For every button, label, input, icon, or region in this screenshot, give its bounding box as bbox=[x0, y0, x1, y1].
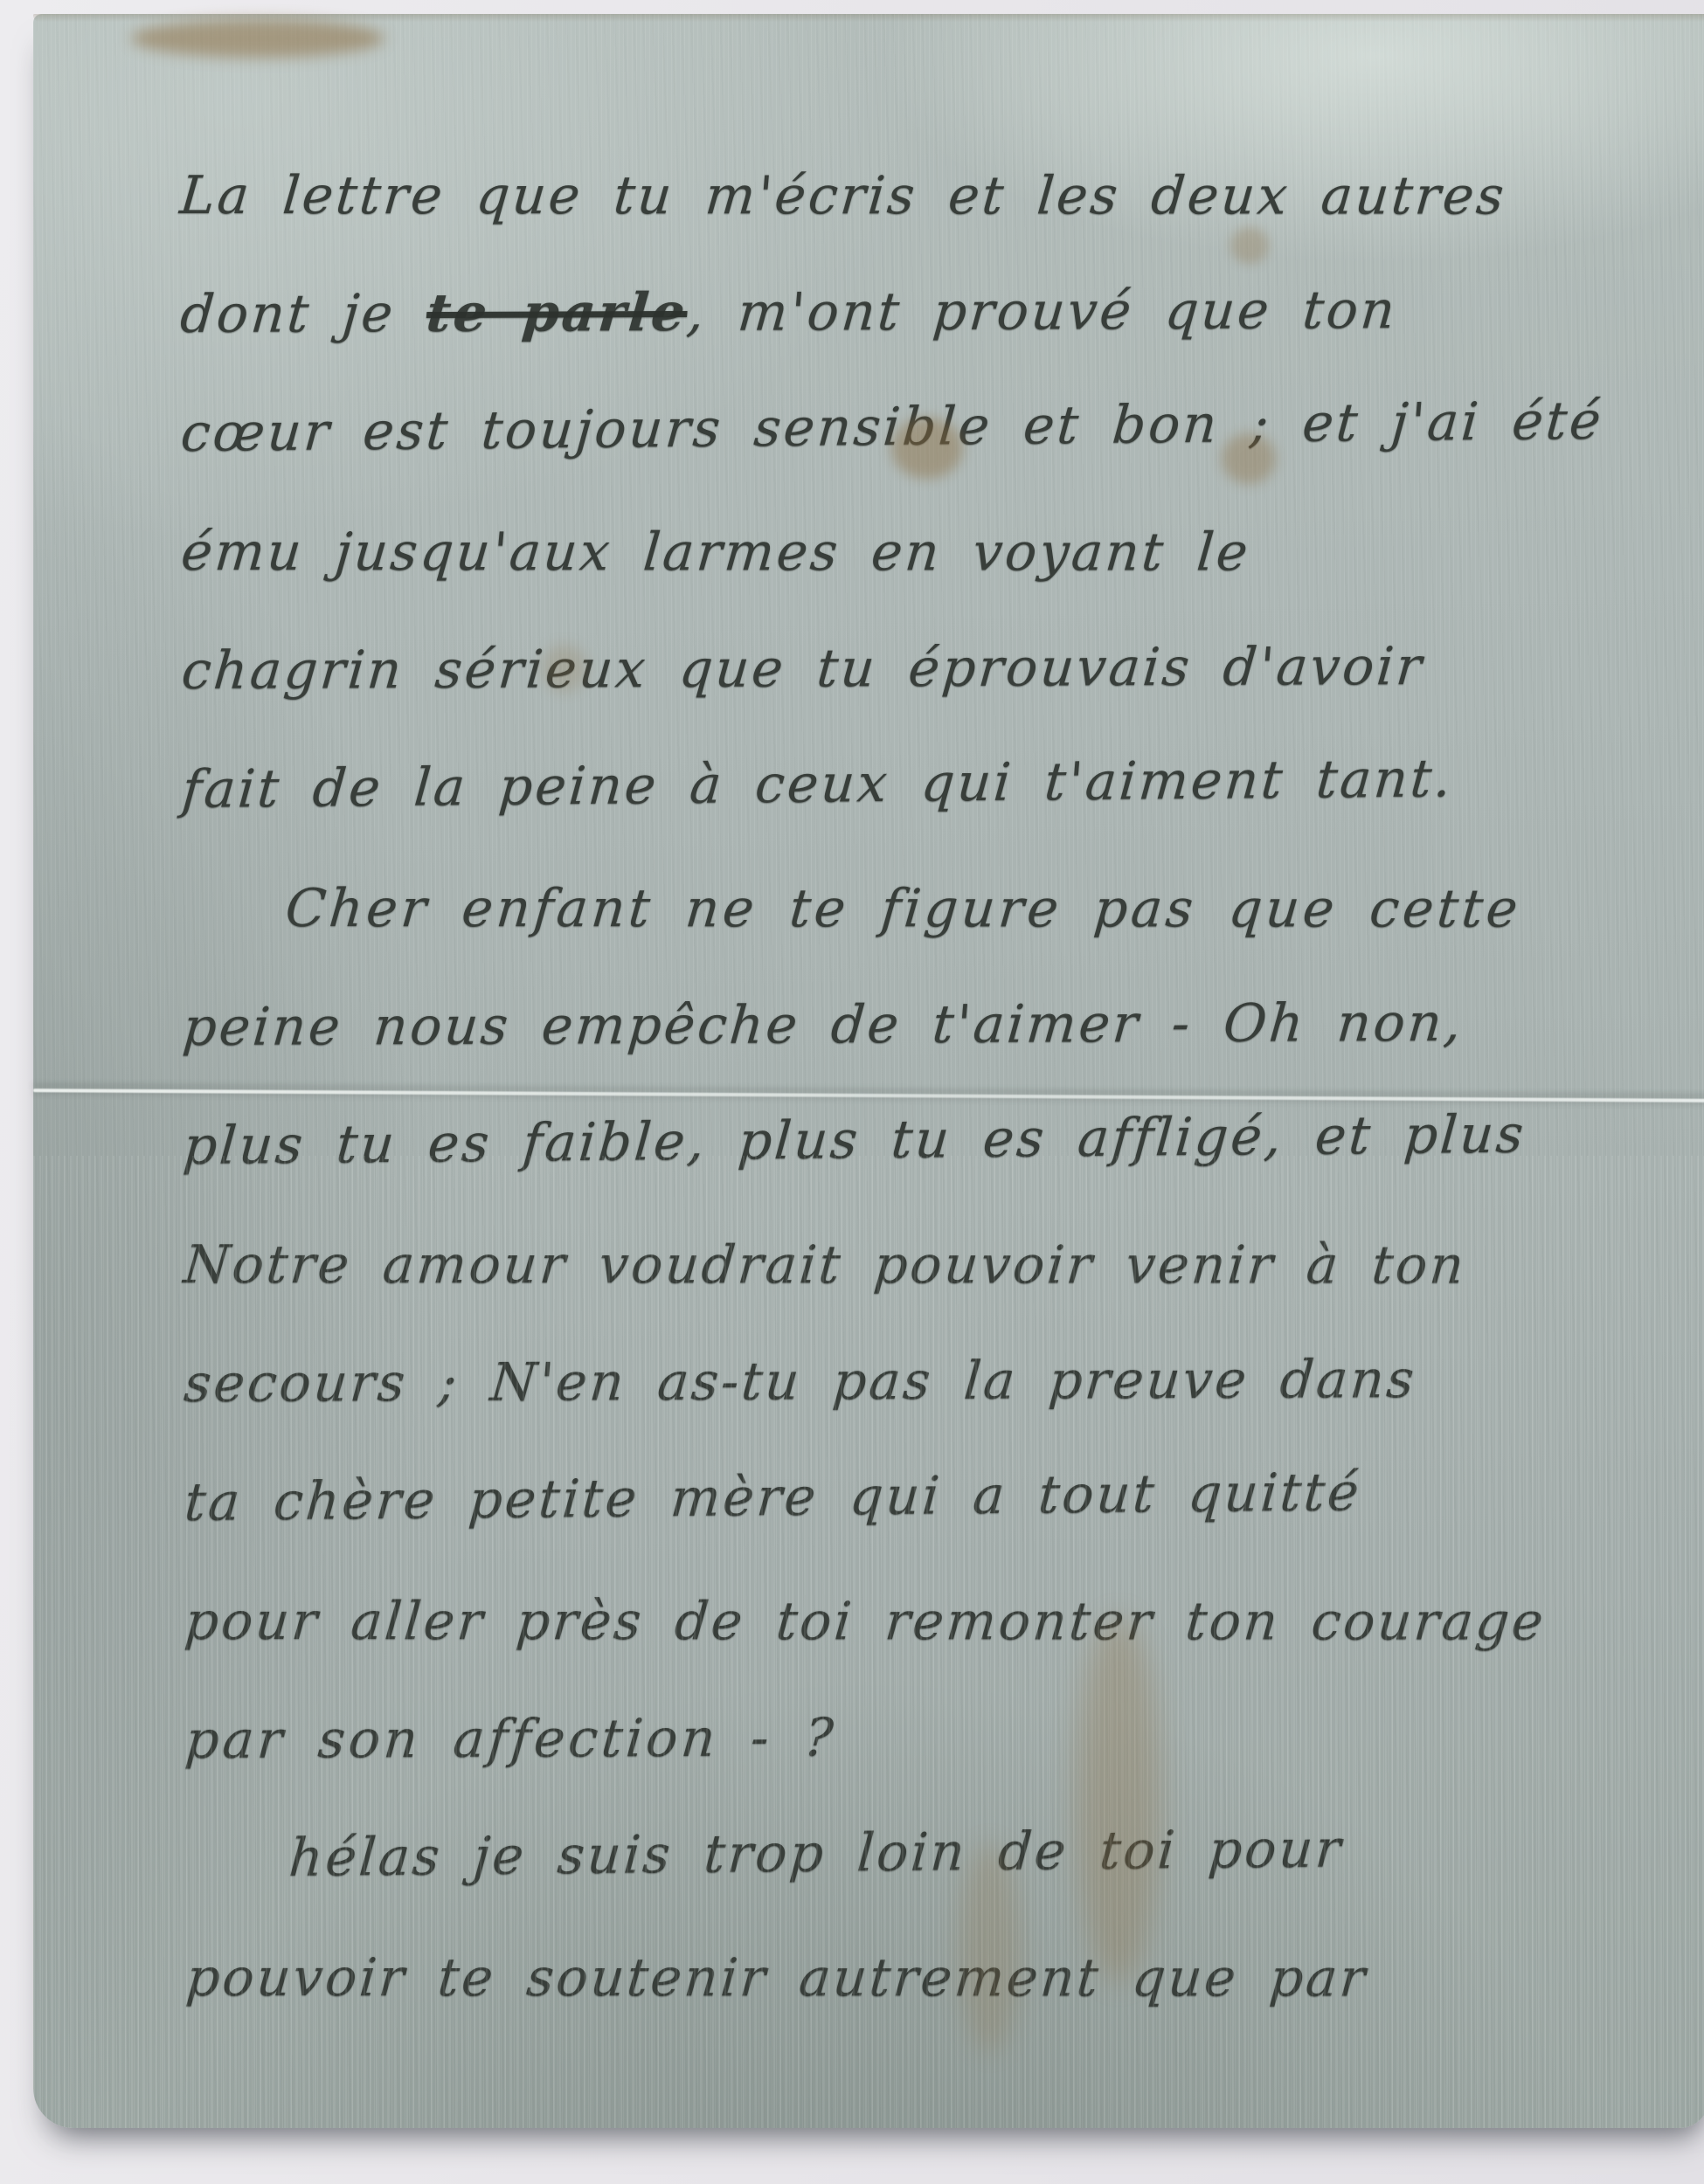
text-segment: pouvoir te soutenir autrement que par bbox=[184, 1947, 1370, 2008]
text-segment: chagrin sérieux que tu éprouvais d'avoir bbox=[179, 636, 1426, 702]
handwritten-line: fait de la peine à ceux qui t'aiment tan… bbox=[177, 717, 1668, 849]
handwritten-line: peine nous empêche de t'aimer - Oh non, bbox=[178, 963, 1669, 1087]
struck-word: te parle bbox=[424, 282, 689, 344]
text-segment: fait de la peine à ceux qui t'aiment tan… bbox=[180, 748, 1456, 820]
letter-paper: La lettre que tu m'écris et les deux aut… bbox=[33, 14, 1704, 2128]
handwritten-line: secours ; N'en as-tu pas la preuve dans bbox=[179, 1319, 1670, 1443]
handwritten-line: cœur est toujours sensible et bon ; et j… bbox=[177, 361, 1667, 493]
text-segment: ta chère petite mère qui a tout quitté bbox=[183, 1462, 1364, 1533]
handwritten-line: Cher enfant ne te figure pas que cette bbox=[177, 849, 1668, 969]
text-segment: , m'ont prouvé que ton bbox=[685, 280, 1400, 343]
letter-text: La lettre que tu m'écris et les deux aut… bbox=[180, 131, 1668, 2037]
handwritten-line: ému jusqu'aux larmes en voyant le bbox=[177, 493, 1667, 612]
text-segment: cœur est toujours sensible et bon ; et j… bbox=[178, 390, 1605, 464]
text-segment: La lettre que tu m'écris et les deux aut… bbox=[177, 165, 1508, 227]
handwritten-line: par son affection - ? bbox=[181, 1676, 1672, 1800]
text-segment: secours ; N'en as-tu pas la preuve dans bbox=[182, 1349, 1419, 1414]
text-segment: peine nous empêche de t'aimer - Oh non, bbox=[181, 992, 1466, 1058]
handwritten-line: chagrin sérieux que tu éprouvais d'avoir bbox=[177, 606, 1667, 730]
handwritten-line: hélas je suis trop loin de toi pour bbox=[182, 1787, 1673, 1918]
handwritten-line: pouvoir te soutenir autrement que par bbox=[181, 1918, 1672, 2038]
text-segment: pour aller près de toi remonter ton cour… bbox=[183, 1591, 1548, 1653]
text-segment: dont je bbox=[178, 283, 429, 345]
text-segment: plus tu es faible, plus tu es affligé, e… bbox=[181, 1104, 1528, 1177]
handwritten-line: pour aller près de toi remonter ton cour… bbox=[180, 1562, 1671, 1682]
text-segment: ému jusqu'aux larmes en voyant le bbox=[179, 522, 1253, 583]
text-segment: par son affection - ? bbox=[183, 1707, 838, 1771]
text-segment: Cher enfant ne te figure pas que cette bbox=[283, 878, 1524, 940]
handwritten-line: dont je te parle, m'ont prouvé que ton bbox=[176, 250, 1666, 374]
handwritten-line: Notre amour voudrait pouvoir venir à ton bbox=[179, 1206, 1670, 1325]
text-segment: Notre amour voudrait pouvoir venir à ton bbox=[181, 1234, 1469, 1296]
handwritten-line: ta chère petite mère qui a tout quitté bbox=[180, 1430, 1671, 1562]
handwritten-line: La lettre que tu m'écris et les deux aut… bbox=[175, 136, 1666, 256]
text-segment: hélas je suis trop loin de toi pour bbox=[287, 1818, 1346, 1889]
